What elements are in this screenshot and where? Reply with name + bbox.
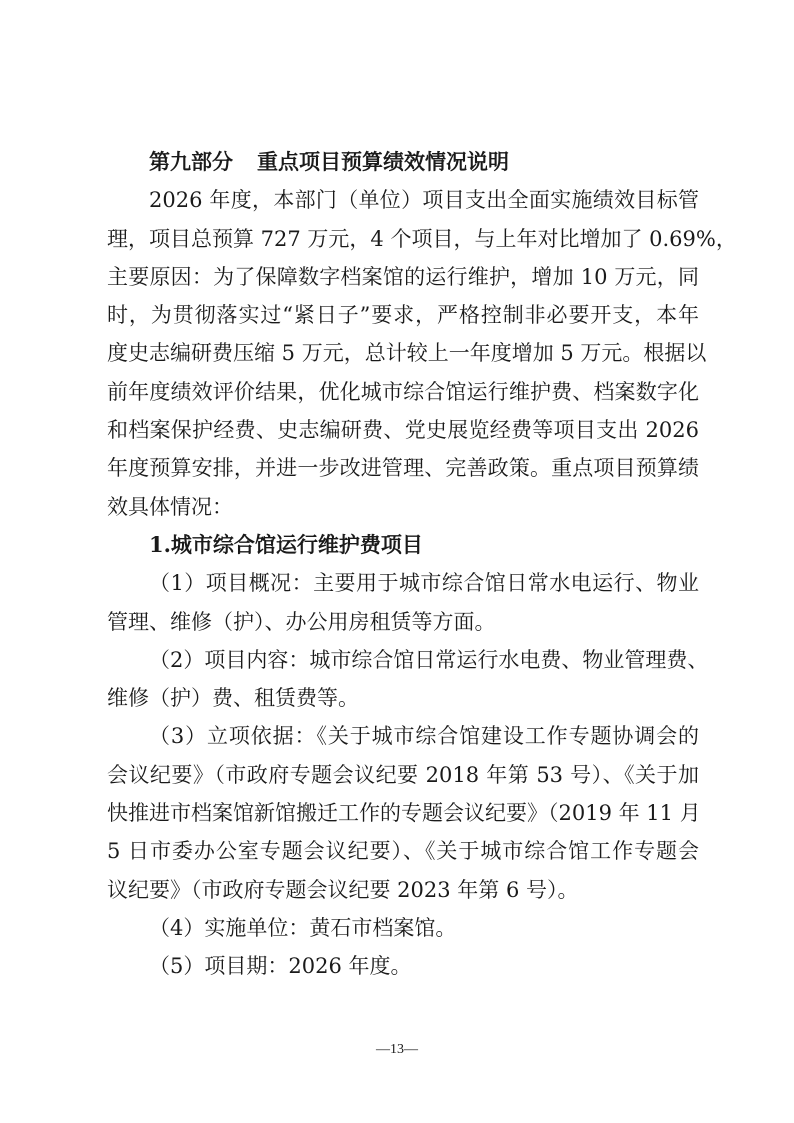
page-number: —13— <box>0 1042 794 1058</box>
paragraph-line: （2）项目内容：城市综合馆日常运行水电费、物业管理费、 <box>107 641 699 679</box>
project-1-heading: 1.城市综合馆运行维护费项目 <box>107 526 699 564</box>
paragraph-line: 年度预算安排，并进一步改进管理、完善政策。重点项目预算绩 <box>107 449 699 487</box>
paragraph-line: 和档案保护经费、史志编研费、党史展览经费等项目支出 2026 <box>107 411 699 449</box>
paragraph-line: 快推进市档案馆新馆搬迁工作的专题会议纪要》（2019 年 11 月 <box>107 794 699 832</box>
paragraph-line: 维修（护）费、租赁费等。 <box>107 679 699 717</box>
paragraph-line: 5 日市委办公室专题会议纪要）、《关于城市综合馆工作专题会 <box>107 832 699 870</box>
project-period-line: （5）项目期：2026 年度。 <box>107 947 699 985</box>
page-content: 第九部分重点项目预算绩效情况说明 2026 年度，本部门（单位）项目支出全面实施… <box>107 143 699 986</box>
paragraph-line: 前年度绩效评价结果，优化城市综合馆运行维护费、档案数字化 <box>107 373 699 411</box>
paragraph-line: 时，为贯彻落实过“紧日子”要求，严格控制非必要开支，本年 <box>107 296 699 334</box>
paragraph-line: 效具体情况： <box>107 488 699 526</box>
project-overview-paragraph: （1）项目概况：主要用于城市综合馆日常水电运行、物业 管理、维修（护）、办公用房… <box>107 564 699 641</box>
project-content-paragraph: （2）项目内容：城市综合馆日常运行水电费、物业管理费、 维修（护）费、租赁费等。 <box>107 641 699 718</box>
paragraph-line: 理，项目总预算 727 万元，4 个项目，与上年对比增加了 0.69%， <box>107 220 699 258</box>
section-part-label: 第九部分 <box>149 150 233 174</box>
paragraph-line: （3）立项依据：《关于城市综合馆建设工作专题协调会的 <box>107 717 699 755</box>
paragraph-line: 2026 年度，本部门（单位）项目支出全面实施绩效目标管 <box>107 181 699 219</box>
section-title-text: 重点项目预算绩效情况说明 <box>257 150 509 174</box>
project-basis-paragraph: （3）立项依据：《关于城市综合馆建设工作专题协调会的 会议纪要》（市政府专题会议… <box>107 717 699 908</box>
project-unit-line: （4）实施单位：黄石市档案馆。 <box>107 909 699 947</box>
document-page: 第九部分重点项目预算绩效情况说明 2026 年度，本部门（单位）项目支出全面实施… <box>0 0 794 1123</box>
paragraph-line: 主要原因：为了保障数字档案馆的运行维护，增加 10 万元，同 <box>107 258 699 296</box>
paragraph-line: 议纪要》（市政府专题会议纪要 2023 年第 6 号）。 <box>107 871 699 909</box>
paragraph-line: 度史志编研费压缩 5 万元，总计较上一年度增加 5 万元。根据以 <box>107 334 699 372</box>
section-title: 第九部分重点项目预算绩效情况说明 <box>107 143 699 181</box>
intro-paragraph: 2026 年度，本部门（单位）项目支出全面实施绩效目标管 理，项目总预算 727… <box>107 181 699 526</box>
paragraph-line: （1）项目概况：主要用于城市综合馆日常水电运行、物业 <box>107 564 699 602</box>
paragraph-line: 会议纪要》（市政府专题会议纪要 2018 年第 53 号）、《关于加 <box>107 756 699 794</box>
paragraph-line: 管理、维修（护）、办公用房租赁等方面。 <box>107 603 699 641</box>
